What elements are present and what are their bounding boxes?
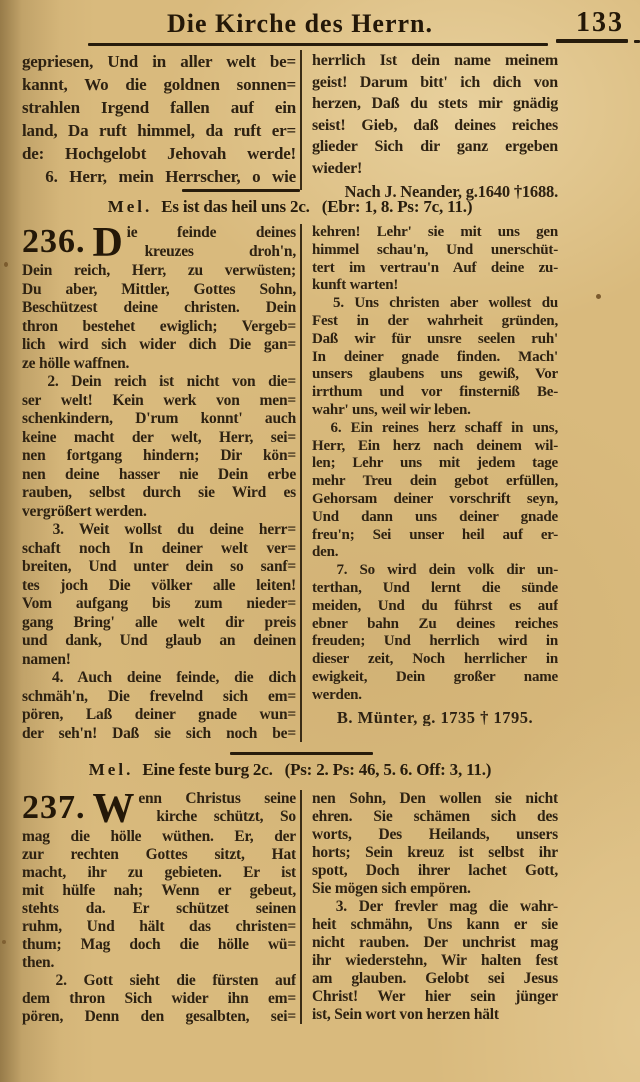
text-line: dem thron Sich wider ihn em=	[22, 990, 296, 1008]
text-line: zur rechten Gottes sitzt, Hat	[22, 846, 296, 864]
text-line: then.	[22, 954, 296, 972]
text-line: kirche schützt, So	[138, 808, 296, 826]
text-line: namen!	[22, 651, 296, 670]
text-line: freu'n; Sei unser heil auf er-	[312, 527, 558, 545]
text-line: dieser zeit, Noch herrlicher in	[312, 651, 558, 669]
text-line: Daß wir für unsre seelen ruh'	[312, 331, 558, 349]
text-line: wieder!	[312, 158, 558, 180]
hymn-end-divider	[182, 189, 300, 192]
text-line: 5. Uns christen aber wollest du	[312, 295, 558, 313]
text-line: keine macht der welt, Herr, sei=	[22, 429, 296, 448]
text-line: ebner bahn Zu deines reiches	[312, 616, 558, 634]
text-line: ie feinde deines	[127, 224, 296, 243]
text-line: ewigkeit, Dein großer name	[312, 669, 558, 687]
text-line: kannt, Wo die goldnen sonnen=	[22, 73, 296, 96]
text-line: Dein reich, Herr, zu verwüsten;	[22, 262, 296, 281]
hymn-236-right-column: kehren! Lehr' sie mit uns genhimmel scha…	[312, 224, 558, 726]
text-line: unsers glaubens uns gewiß, Vor	[312, 366, 558, 384]
text-line: herzen, Daß du stets mir gnädig	[312, 93, 558, 115]
text-line: terthan, Und lernt die sünde	[312, 580, 558, 598]
hymn-237-left-column: 237. W enn Christus seinekirche schützt,…	[22, 790, 296, 1026]
text-line: geist! Darum bitt' ich dich von	[312, 72, 558, 94]
text-line: horts; Sein kreuz ist selbst ihr	[312, 844, 558, 862]
text-line: rauben, selbst durch sie Wird es	[22, 484, 296, 503]
text-line: pören, Denn den gesalbten, sei=	[22, 1008, 296, 1026]
text-line: 4. Auch deine feinde, die dich	[22, 669, 296, 688]
drop-cap: D	[93, 224, 123, 262]
text-line: breiten, Und unter dein so sanf=	[22, 558, 296, 577]
opening-lines: enn Christus seinekirche schützt, So	[138, 790, 296, 826]
hymnal-scanned-page: Die Kirche des Herrn. 133 gepriesen, Und…	[0, 0, 640, 1082]
text-line: mit hülfe nah; Wenn er gebeut,	[22, 882, 296, 900]
text-line: nen deine hasser nie Dein erbe	[22, 466, 296, 485]
hymn-235-right-column: herrlich Ist dein name meinemgeist! Daru…	[312, 50, 558, 203]
text-line: am glauben. Gelobt sei Jesus	[312, 970, 558, 988]
text-line: schmäh'n, Die frevelnd sich em=	[22, 688, 296, 707]
text-line: vergrößert werden.	[22, 503, 296, 522]
text-line: 6. Ein reines herz schaff in uns,	[312, 420, 558, 438]
drop-cap: W	[93, 790, 135, 828]
hymn-236-left-verse-lines: Dein reich, Herr, zu verwüsten;Du aber, …	[22, 262, 296, 743]
text-line: nen fortgang hindern; Dir kön=	[22, 447, 296, 466]
text-line: wahr' uns, weil wir leben.	[312, 402, 558, 420]
text-line: pören, Laß deiner gnade wun=	[22, 706, 296, 725]
text-line: macht, ihr zu gebieten. Er ist	[22, 864, 296, 882]
hymn-number: 236.	[22, 224, 86, 260]
text-line: Vom aufgang bis zum nieder=	[22, 595, 296, 614]
text-line: seist! Gieb, daß deines reiches	[312, 115, 558, 137]
text-line: len; Lehr uns mit jedem tage	[312, 455, 558, 473]
text-line: kehren! Lehr' sie mit uns gen	[312, 224, 558, 242]
text-line: 2. Gott sieht die fürsten auf	[22, 972, 296, 990]
ink-speck	[4, 262, 8, 267]
text-line: ihr wiederstehn, Wir halten fest	[312, 952, 558, 970]
column-divider	[300, 790, 302, 1024]
text-line: Christ! Wer hier sein jünger	[312, 988, 558, 1006]
hymn-236-section: 236. D ie feinde deineskreuzes droh'n, D…	[22, 224, 558, 743]
text-line: tert im vertrau'n Auf deine zu-	[312, 260, 558, 278]
text-line: kunft warten!	[312, 277, 558, 295]
text-line: land, Da ruft himmel, da ruft er=	[22, 119, 296, 142]
text-line: ist, Sein wort von herzen hält	[312, 1006, 558, 1024]
melody-scripture-ref: (Ebr: 1, 8. Ps: 7c, 11.)	[322, 197, 473, 216]
melody-tune: Es ist das heil uns 2c.	[161, 197, 309, 216]
text-line: schaft noch In deiner welt ver=	[22, 540, 296, 559]
text-line: enn Christus seine	[138, 790, 296, 808]
text-line: gepriesen, Und in aller welt be=	[22, 50, 296, 73]
hymn-236-opening: 236. D ie feinde deineskreuzes droh'n,	[22, 224, 296, 262]
melody-line-236: Mel.Es ist das heil uns 2c.(Ebr: 1, 8. P…	[22, 197, 558, 217]
melody-label: Mel.	[89, 760, 134, 779]
text-line: ser welt! Kein werk von men=	[22, 392, 296, 411]
text-line: tes joch Die völker alle leiten!	[22, 577, 296, 596]
melody-line-237: Mel.Eine feste burg 2c.(Ps: 2. Ps: 46, 5…	[22, 760, 558, 780]
column-divider	[300, 224, 302, 742]
page-number-rule	[556, 39, 628, 43]
hymn-number: 237.	[22, 790, 86, 826]
column-divider	[300, 50, 302, 190]
melody-scripture-ref: (Ps: 2. Ps: 46, 5. 6. Off: 3, 11.)	[285, 760, 492, 779]
text-line: herrlich Ist dein name meinem	[312, 50, 558, 72]
page-number-rule-tick	[634, 40, 640, 43]
ink-speck	[596, 294, 601, 299]
ink-speck	[2, 940, 6, 944]
text-line: nen Sohn, Den wollen sie nicht	[312, 790, 558, 808]
text-line: schenkindern, D'rum konnt' auch	[22, 410, 296, 429]
text-line: ehren. Sie schämen sich des	[312, 808, 558, 826]
text-line: worts, Des Heilands, unsers	[312, 826, 558, 844]
text-line: freuden; Und herrlich wird in	[312, 633, 558, 651]
header-rule	[88, 43, 548, 46]
text-line: werden.	[312, 687, 558, 705]
text-line: der seh'n! Daß sie sich noch be=	[22, 725, 296, 744]
text-line: gang Bring' alle welt dir preis	[22, 614, 296, 633]
text-line: Und dann uns deiner gnade	[312, 509, 558, 527]
hymn-end-divider	[230, 752, 373, 755]
text-line: und dank, Und glaub an deinen	[22, 632, 296, 651]
text-line: mag die hölle wüthen. Er, der	[22, 828, 296, 846]
text-line: thum; Mag doch die hölle wü=	[22, 936, 296, 954]
text-line: In deiner gnade finden. Mach'	[312, 349, 558, 367]
hymn-237-section: 237. W enn Christus seinekirche schützt,…	[22, 790, 558, 1026]
melody-tune: Eine feste burg 2c.	[142, 760, 272, 779]
text-line: 3. Weit wollst du deine herr=	[22, 521, 296, 540]
hymn-235-continuation-section: gepriesen, Und in aller welt be=kannt, W…	[22, 50, 558, 203]
hymn-236-left-column: 236. D ie feinde deineskreuzes droh'n, D…	[22, 224, 296, 743]
text-line: lich wird sich wider dich Die gan=	[22, 336, 296, 355]
text-line: glieder Sich dir ganz ergeben	[312, 136, 558, 158]
opening-lines: ie feinde deineskreuzes droh'n,	[127, 224, 296, 261]
text-line: 7. So wird dein volk dir un-	[312, 562, 558, 580]
hymn-237-left-verse-lines: mag die hölle wüthen. Er, derzur rechten…	[22, 828, 296, 1026]
text-line: kreuzes droh'n,	[127, 243, 296, 262]
text-line: 6. Herr, mein Herrscher, o wie	[22, 165, 296, 188]
hymn-237-opening: 237. W enn Christus seinekirche schützt,…	[22, 790, 296, 828]
text-line: himmel schau'n, Und unerschüt-	[312, 242, 558, 260]
text-line: mehr Treu dein gebot erfüllen,	[312, 473, 558, 491]
page-header-title: Die Kirche des Herrn.	[90, 9, 510, 39]
text-line: Beschützest deine christen. Dein	[22, 299, 296, 318]
text-line: 2. Dein reich ist nicht von die=	[22, 373, 296, 392]
text-line: Fest in der wahrheit gründen,	[312, 313, 558, 331]
melody-label: Mel.	[108, 197, 153, 216]
text-line: ruhm, Und hält das christen=	[22, 918, 296, 936]
text-line: Du aber, Mittler, Gottes Sohn,	[22, 281, 296, 300]
text-line: den.	[312, 544, 558, 562]
text-line: ze hölle waffnen.	[22, 355, 296, 374]
text-line: nicht rauben. Der unchrist mag	[312, 934, 558, 952]
hymn-235-left-column: gepriesen, Und in aller welt be=kannt, W…	[22, 50, 296, 188]
text-line: B. Münter, g. 1735 † 1795.	[312, 705, 558, 727]
text-line: Herr, Ein herz nach deinem wil-	[312, 438, 558, 456]
text-line: stehts da. Er schützet seinen	[22, 900, 296, 918]
text-line: heit schmähn, Uns kann er sie	[312, 916, 558, 934]
text-line: 3. Der frevler mag die wahr-	[312, 898, 558, 916]
text-line: de: Hochgelobt Jehovah werde!	[22, 142, 296, 165]
text-line: spott, Doch ihrer lachet Gott,	[312, 862, 558, 880]
text-line: Gehorsam deiner vorschrift seyn,	[312, 491, 558, 509]
text-line: strahlen Irgend fallen auf ein	[22, 96, 296, 119]
text-line: Sie mögen sich empören.	[312, 880, 558, 898]
page-number: 133	[544, 7, 624, 39]
text-line: meiden, Und du führst es auf	[312, 598, 558, 616]
text-line: irrthum und vor finsterniß Be-	[312, 384, 558, 402]
text-line: thron bestehet ewiglich; Vergeb=	[22, 318, 296, 337]
hymn-237-right-column: nen Sohn, Den wollen sie nichtehren. Sie…	[312, 790, 558, 1024]
